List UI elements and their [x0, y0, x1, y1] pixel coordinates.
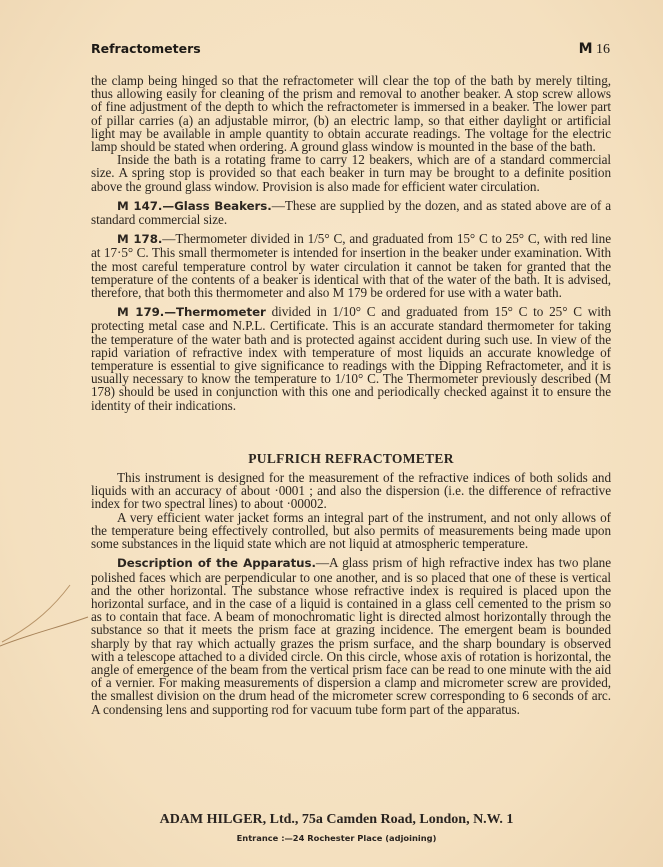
page-prefix: M: [579, 41, 593, 57]
catalog-item-m178: M 178.—Thermometer divided in 1/5° C, an…: [91, 232, 611, 299]
entrance-note: Entrance :—24 Rochester Place (adjoining…: [0, 833, 663, 843]
item-code: M 147.: [117, 199, 162, 213]
running-title: Refractometers: [91, 41, 201, 56]
publisher-address: ADAM HILGER, Ltd., 75a Camden Road, Lond…: [0, 812, 663, 828]
item-code: M 178.: [117, 232, 162, 246]
section-heading: PULFRICH REFRACTOMETER: [91, 452, 611, 465]
page-number: M 16: [579, 41, 610, 58]
paragraph: the clamp being hinged so that the refra…: [91, 74, 611, 153]
paragraph: This instrument is designed for the meas…: [91, 471, 611, 511]
page-header: Refractometers M 16: [91, 41, 610, 58]
page-number-value: 16: [596, 42, 610, 57]
item-description: —Thermometer divided in 1/5° C, and grad…: [91, 231, 611, 300]
item-description: divided in 1/10° C and graduated from 15…: [91, 304, 611, 412]
document-page: Refractometers M 16 the clamp being hing…: [0, 0, 663, 867]
item-code: M 179.: [117, 305, 164, 319]
item-name: —Thermometer: [164, 305, 266, 319]
paragraph: A very efficient water jacket forms an i…: [91, 511, 611, 551]
paragraph: Inside the bath is a rotating frame to c…: [91, 153, 611, 193]
apparatus-description: Description of the Apparatus.—A glass pr…: [91, 556, 611, 715]
run-in-heading: Description of the Apparatus.: [117, 556, 316, 570]
catalog-item-m179: M 179.—Thermometer divided in 1/10° C an…: [91, 305, 611, 412]
body-text: the clamp being hinged so that the refra…: [91, 74, 611, 716]
pencil-mark-icon: [0, 580, 100, 650]
catalog-item-m147: M 147.—Glass Beakers.—These are supplied…: [91, 199, 611, 226]
paragraph-text: —A glass prism of high refractive index …: [91, 555, 611, 716]
item-name: —Glass Beakers.: [162, 199, 271, 213]
